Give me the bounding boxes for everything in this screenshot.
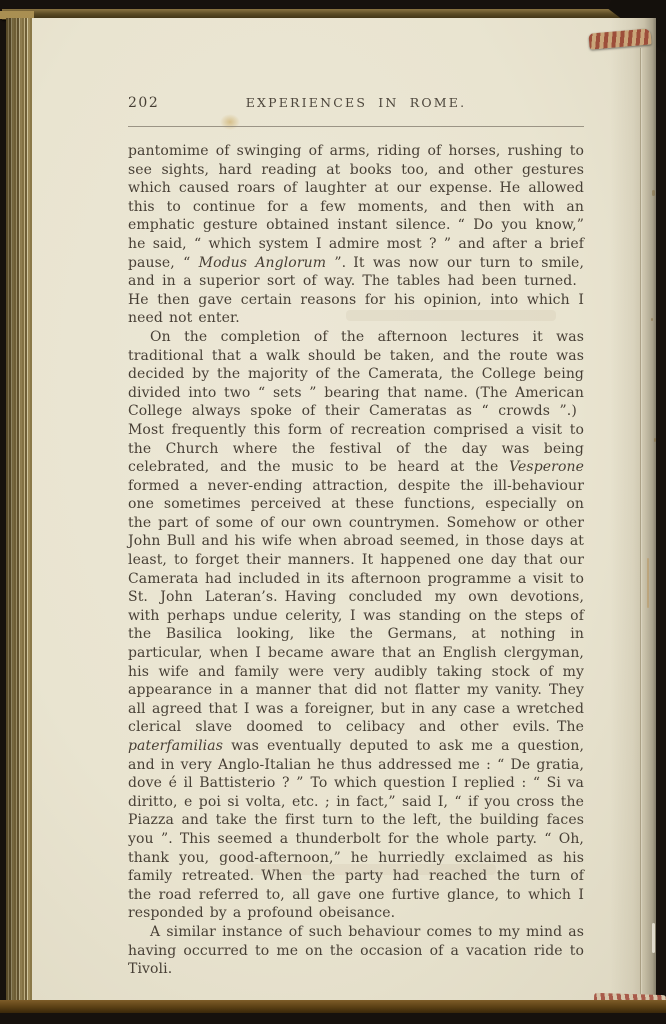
book-page: 202 EXPERIENCES IN ROME. pantomime of sw… — [6, 18, 656, 1002]
header-rule — [128, 126, 584, 127]
text-run: was eventually deputed to ask me a quest… — [128, 738, 584, 921]
page-header: 202 EXPERIENCES IN ROME. — [128, 95, 584, 110]
page-speck — [652, 190, 655, 196]
running-title: EXPERIENCES IN ROME. — [128, 95, 584, 110]
page-fore-edges — [6, 18, 32, 1002]
page-tear-mark — [652, 923, 655, 953]
paragraph: pantomime of swinging of arms, riding of… — [128, 142, 584, 328]
page-speck — [647, 558, 649, 608]
italic-phrase: paterfamilias — [128, 738, 223, 754]
gutter-crease — [640, 48, 641, 998]
text-run: pantomime of swinging of arms, riding of… — [128, 143, 584, 271]
body-text: pantomime of swinging of arms, riding of… — [128, 142, 584, 979]
page-gutter-shade — [610, 18, 656, 1002]
italic-phrase: Modus Anglorum — [199, 255, 326, 271]
paragraph: A similar instance of such behaviour com… — [128, 923, 584, 979]
printed-content: 202 EXPERIENCES IN ROME. pantomime of sw… — [128, 95, 584, 979]
page-speck — [651, 318, 653, 321]
text-run: A similar instance of such behaviour com… — [128, 924, 584, 977]
book-bottom-edge — [0, 1000, 666, 1013]
text-run: formed a never-ending attraction, despit… — [128, 478, 584, 736]
italic-phrase: Vesperone — [509, 459, 584, 475]
page-speck — [654, 438, 656, 442]
scan-background: 202 EXPERIENCES IN ROME. pantomime of sw… — [0, 0, 666, 1024]
text-run: On the completion of the afternoon lectu… — [128, 329, 584, 475]
paragraph: On the completion of the afternoon lectu… — [128, 328, 584, 923]
